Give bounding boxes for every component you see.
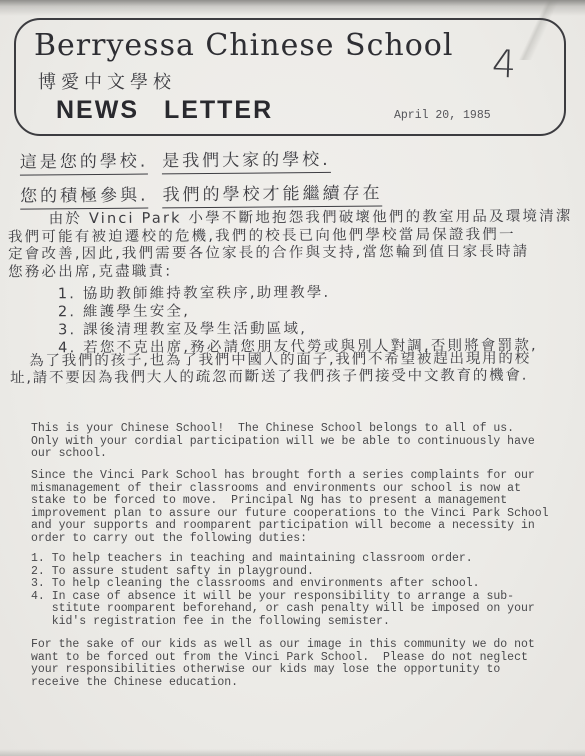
english-paragraph-2: Since the Vinci Park School has brought … bbox=[31, 470, 549, 546]
issue-date: April 20, 1985 bbox=[394, 109, 491, 122]
school-name-english: Berryessa Chinese School bbox=[34, 28, 453, 63]
headline-segment: 您的積極參與. bbox=[20, 186, 149, 210]
page-number: 4 bbox=[491, 42, 517, 87]
english-paragraph-1: This is your Chinese School! The Chinese… bbox=[31, 423, 535, 461]
chinese-paragraph: 由於 Vinci Park 小學不斷地抱怨我們破壞他們的教室用品及環境清潔 我們… bbox=[8, 209, 573, 282]
newsletter-page: Berryessa Chinese School 博愛中文學校 NEWS LET… bbox=[0, 0, 585, 756]
headline-line-1: 這是您的學校.是我們大家的學校. bbox=[20, 144, 397, 172]
english-paragraph-3: For the sake of our kids as well as our … bbox=[31, 639, 535, 689]
english-duties-list: 1. To help teachers in teaching and main… bbox=[31, 553, 535, 629]
handwritten-headline: 這是您的學校.是我們大家的學校. 您的積極參與.我們的學校才能繼續存在 bbox=[20, 144, 397, 215]
chinese-duties-list: 1. 協助教師維持教室秩序,助理教學. 2. 維護學生安全, 3. 課後清理教室… bbox=[58, 283, 538, 358]
headline-segment: 是我們大家的學校. bbox=[162, 150, 331, 174]
chinese-closing: 為了我們的孩子,也為了我們中國人的面子,我們不希望被趕出現用的校 址,請不要因為… bbox=[10, 351, 531, 388]
headline-line-2: 您的積極參與.我們的學校才能繼續存在 bbox=[20, 178, 397, 206]
newsletter-title: NEWS LETTER bbox=[56, 96, 273, 125]
headline-segment: 這是您的學校. bbox=[20, 152, 149, 176]
school-name-chinese: 博愛中文學校 bbox=[38, 68, 176, 94]
scan-edge-shadow-bottom bbox=[0, 749, 585, 756]
masthead-box: Berryessa Chinese School 博愛中文學校 NEWS LET… bbox=[14, 18, 566, 136]
headline-segment: 我們的學校才能繼續存在 bbox=[162, 183, 382, 208]
